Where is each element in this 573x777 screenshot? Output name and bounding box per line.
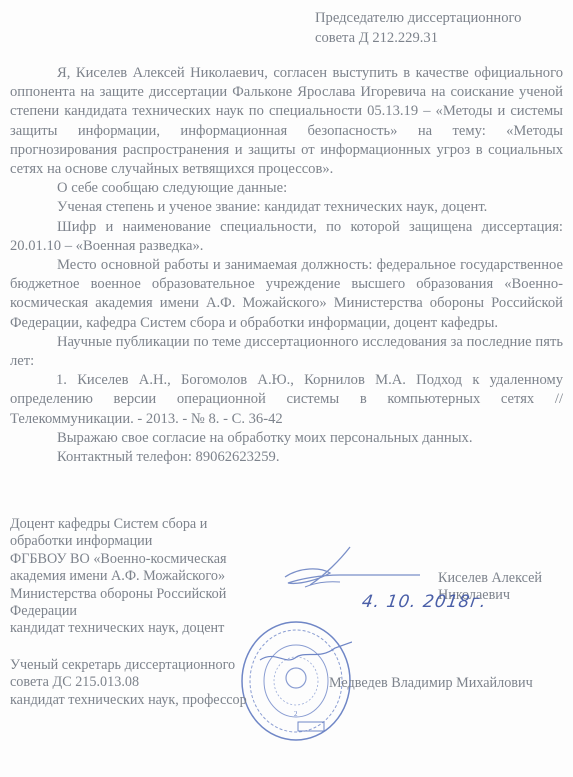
secretary-name: Медведев Владимир Михайлович: [329, 675, 533, 692]
opponent-position-block: Доцент кафедры Систем сбора и обработки …: [10, 516, 227, 638]
position-line: ФГБВОУ ВО «Военно-космическая: [10, 551, 227, 568]
publication-item: 1. Киселев А.Н., Богомолов А.Ю., Корнило…: [10, 371, 563, 429]
position-line: Ученый секретарь диссертационного: [10, 657, 247, 674]
phone-paragraph: Контактный телефон: 89062623259.: [10, 448, 563, 467]
document-body: Я, Киселев Алексей Николаевич, согласен …: [10, 64, 563, 467]
position-line: кандидат технических наук, профессор: [10, 692, 247, 709]
addressee-block: Председателю диссертационного совета Д 2…: [315, 8, 521, 48]
intro-paragraph: Я, Киселев Алексей Николаевич, согласен …: [10, 64, 563, 179]
specialty-paragraph: Шифр и наименование специальности, по ко…: [10, 218, 563, 256]
position-line: Федерации: [10, 603, 227, 620]
secretary-position-block: Ученый секретарь диссертационного совета…: [10, 657, 247, 709]
signature-date: 4. 10. 2018г.: [361, 592, 488, 612]
position-line: Министерства обороны Российской: [10, 586, 227, 603]
stamp-number: 2: [294, 710, 298, 718]
workplace-paragraph: Место основной работы и занимаемая должн…: [10, 256, 563, 333]
addressee-line-2: совета Д 212.229.31: [315, 28, 521, 48]
position-line: обработки информации: [10, 533, 227, 550]
degree-paragraph: Ученая степень и ученое звание: кандидат…: [10, 198, 563, 217]
position-line: кандидат технических наук, доцент: [10, 620, 227, 637]
opponent-signature-icon: [280, 545, 430, 595]
about-paragraph: О себе сообщаю следующие данные:: [10, 179, 563, 198]
position-line: Доцент кафедры Систем сбора и: [10, 516, 227, 533]
publications-heading: Научные публикации по теме диссертационн…: [10, 333, 563, 371]
consent-paragraph: Выражаю свое согласие на обработку моих …: [10, 429, 563, 448]
addressee-line-1: Председателю диссертационного: [315, 8, 521, 28]
position-line: совета ДС 215.013.08: [10, 674, 247, 691]
position-line: академия имени А.Ф. Можайского»: [10, 568, 227, 585]
